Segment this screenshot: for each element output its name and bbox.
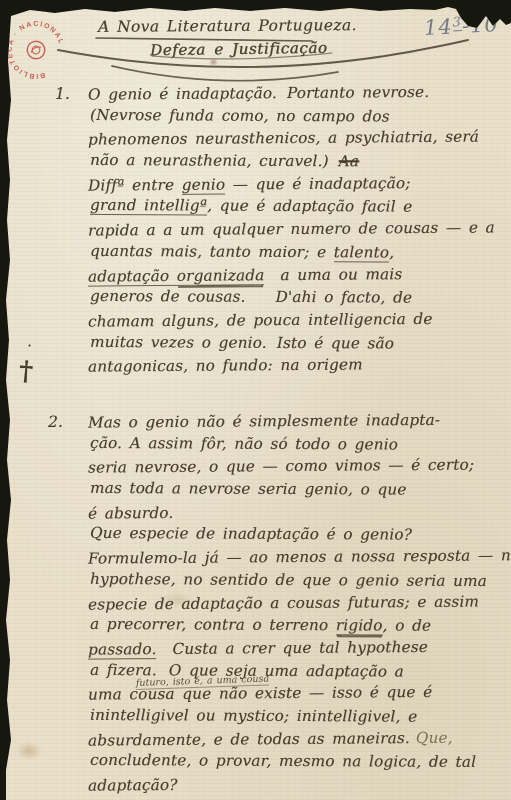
text-segment: phenomenos neurasthenicos, a psychiatria… <box>88 128 479 149</box>
text-segment: a uma ou mais <box>280 265 402 284</box>
manuscript-line: não a neurasthenia, curavel.)Aa <box>90 151 500 176</box>
text-segment: organizada <box>177 266 265 286</box>
text-segment: não a neurasthenia, curavel.) <box>90 151 329 170</box>
manuscript-line: Que especie de inadaptação é o genio? <box>90 524 500 549</box>
text-segment: Que especie de inadaptação é o genio? <box>90 524 412 544</box>
text-segment: Isto é que são <box>277 333 394 352</box>
text-segment: grand intelligª <box>90 196 207 216</box>
manuscript-line: (Nevrose funda como, no campo dos <box>90 106 500 131</box>
manuscript-line: adaptação organizadaa uma ou mais <box>88 264 498 290</box>
manuscript-line: é absurdo. <box>88 501 498 527</box>
text-segment: — que é inadaptação; <box>225 174 410 193</box>
manuscript-line: Diffª entre genio — que é inadaptação; <box>88 173 498 199</box>
text-segment: ção. A assim fôr, não só todo o genio <box>90 434 398 454</box>
manuscript-line: absurdamente, e de todas as maneiras.Que… <box>88 728 498 754</box>
text-segment: muitas vezes o genio. <box>90 332 267 351</box>
text-segment: passado. <box>88 640 157 660</box>
manuscript-line: mas toda a nevrose seria genio, o que <box>90 479 500 504</box>
text-segment: Custa a crer que tal hypothese <box>172 638 428 658</box>
text-segment: especie de adaptação a cousas futuras; e… <box>88 592 479 613</box>
manuscript-line: grand intelligª, que é adaptação facil e <box>90 196 500 221</box>
manuscript-line: Formulemo-la já — ao menos a nossa respo… <box>88 547 498 573</box>
manuscript-line: Mas o genio não é simplesmente inadapta- <box>88 410 498 436</box>
text-segment: seria nevrose, o que — como vimos — é ce… <box>88 456 474 477</box>
text-segment: O genio é inadaptação. <box>88 84 277 103</box>
paragraph-number: 1. <box>55 85 70 103</box>
text-segment: , <box>389 243 394 261</box>
text-segment: chamam alguns, de pouca intelligencia de <box>88 310 433 331</box>
text-segment: generos de cousas. <box>90 287 246 306</box>
manuscript-line: phenomenos neurasthenicos, a psychiatria… <box>88 128 498 154</box>
text-segment: talento <box>334 243 390 262</box>
text-segment: a fizera. <box>90 660 157 678</box>
text-segment: rigido <box>336 616 383 635</box>
manuscript-body: 1.O genio é inadaptação.Portanto nevrose… <box>0 0 511 800</box>
text-segment: inintelligivel ou mystico; inintelligive… <box>90 706 417 726</box>
text-segment: Aa <box>339 152 360 170</box>
text-segment: rapida a a um qualquer numero de cousas … <box>88 219 495 240</box>
text-segment: é absurdo. <box>88 504 173 523</box>
text-segment: mas toda a nevrose seria genio, o que <box>90 479 407 499</box>
manuscript-line: futuro, isto é, a uma cousauma cousa que… <box>88 683 498 709</box>
text-segment: adaptação <box>88 266 177 286</box>
manuscript-line: rapida a a um qualquer numero de cousas … <box>88 219 498 245</box>
text-segment: Mas o genio não é simplesmente inadapta- <box>88 411 440 432</box>
text-segment: hypothese, no sentido de que o genio ser… <box>90 570 487 590</box>
manuscript-line: especie de adaptação a cousas futuras; e… <box>88 592 498 618</box>
text-segment: concludente, o provar, mesmo na logica, … <box>90 751 476 771</box>
manuscript-page: BIBLIOTECA · NACIONAL A Nova Literatura … <box>0 0 511 800</box>
manuscript-line: passado.Custa a crer que tal hypothese <box>88 637 498 663</box>
manuscript-line: muitas vezes o genio.Isto é que são <box>90 332 500 357</box>
paragraph-number: 2. <box>48 413 63 431</box>
manuscript-line: antagonicas, no fundo: na origem <box>88 355 498 381</box>
text-segment: Portanto nevrose. <box>287 83 429 102</box>
manuscript-line: inintelligivel ou mystico; inintelligive… <box>90 706 500 731</box>
text-segment: (Nevrose funda como, no campo dos <box>90 106 390 126</box>
manuscript-line: a precorrer, contra o terreno rigido, o … <box>90 615 500 640</box>
manuscript-line: concludente, o provar, mesmo na logica, … <box>90 751 500 776</box>
manuscript-line: O genio é inadaptação.Portanto nevrose. <box>88 82 498 108</box>
manuscript-line: ção. A assim fôr, não só todo o genio <box>90 434 500 459</box>
manuscript-line: chamam alguns, de pouca intelligencia de <box>88 309 498 335</box>
paragraph-2: 2.Mas o genio não é simplesmente inadapt… <box>88 412 498 798</box>
text-segment: genio <box>182 175 226 194</box>
text-segment: Que, <box>416 728 453 746</box>
text-segment: adaptação? <box>88 776 178 795</box>
text-segment: , que é adaptação facil e <box>207 197 412 216</box>
manuscript-line: quantas mais, tanto maior; e talento, <box>90 242 500 267</box>
manuscript-line: adaptação? <box>88 773 498 799</box>
text-segment: D'ahi o facto, de <box>276 288 413 307</box>
manuscript-line: hypothese, no sentido de que o genio ser… <box>90 570 500 595</box>
manuscript-line: generos de cousas.D'ahi o facto, de <box>90 287 500 312</box>
text-segment: Diffª entre <box>88 176 182 195</box>
text-segment: , o de <box>382 617 431 635</box>
manuscript-line: seria nevrose, o que — como vimos — é ce… <box>88 456 498 482</box>
text-segment: absurdamente, e de todas as maneiras. <box>88 729 410 750</box>
paragraph-1: 1.O genio é inadaptação.Portanto nevrose… <box>88 84 498 379</box>
scan-background: { "document": { "archive_stamp": { "text… <box>0 0 511 800</box>
text-segment: Formulemo-la já — ao menos a nossa respo… <box>88 546 511 567</box>
text-segment: quantas mais, tanto maior; e <box>90 242 334 261</box>
text-segment: antagonicas, no fundo: na origem <box>88 356 363 376</box>
text-segment: a precorrer, contra o terreno <box>90 615 336 634</box>
